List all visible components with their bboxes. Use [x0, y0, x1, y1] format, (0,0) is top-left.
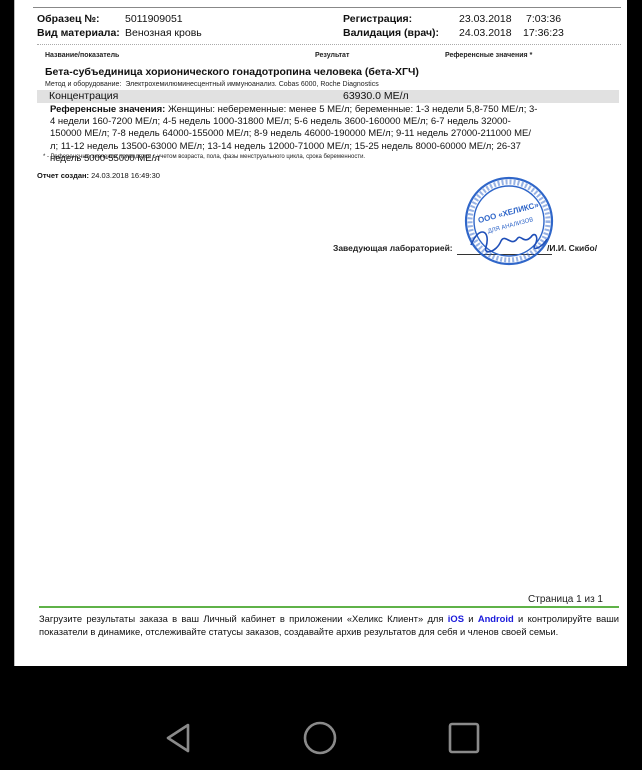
sample-value: 5011909051 — [125, 13, 183, 25]
signature-label: Заведующая лабораторией: — [333, 243, 453, 253]
promo-and: и — [464, 613, 478, 624]
document-page: Образец №: 5011909051 Вид материала: Вен… — [14, 0, 627, 666]
dotted-divider — [37, 44, 621, 45]
recents-icon[interactable] — [446, 720, 482, 756]
created-value: 24.03.2018 16:49:30 — [91, 171, 160, 180]
reference-label: Референсные значения: — [50, 104, 165, 115]
validation-date: 24.03.2018 — [459, 27, 512, 39]
home-icon[interactable] — [302, 720, 338, 756]
validation-time: 17:36:23 — [523, 27, 564, 39]
android-navigation-bar — [0, 700, 642, 770]
method-label: Метод и оборудование: — [45, 81, 121, 88]
method-line: Метод и оборудование:Электрохемилюминесц… — [45, 81, 379, 88]
validation-label: Валидация (врач): — [343, 27, 439, 39]
column-header-result: Результат — [315, 52, 349, 59]
registration-date: 23.03.2018 — [459, 13, 512, 25]
promo-text: Загрузите результаты заказа в ваш Личный… — [39, 612, 619, 638]
ios-link[interactable]: iOS — [448, 613, 464, 624]
footnote: * - Референсные значения приводятся с уч… — [43, 154, 365, 160]
green-divider — [39, 606, 619, 608]
registration-time: 7:03:36 — [526, 13, 561, 25]
test-title: Бета-субъединица хорионического гонадотр… — [45, 66, 419, 78]
result-row: Концентрация 63930.0 МЕ/л — [37, 90, 619, 103]
back-icon[interactable] — [160, 720, 196, 756]
page-indicator: Страница 1 из 1 — [528, 594, 603, 605]
material-value: Венозная кровь — [125, 27, 202, 39]
column-header-name: Название/показатель — [45, 52, 119, 59]
android-link[interactable]: Android — [478, 613, 514, 624]
stamp-icon: ООО «ХЕЛИКС» ДЛЯ АНАЛИЗОВ — [461, 175, 557, 271]
sample-label: Образец №: — [37, 13, 100, 25]
registration-label: Регистрация: — [343, 13, 412, 25]
parameter-name: Концентрация — [49, 90, 118, 103]
column-header-reference: Референсные значения * — [445, 52, 532, 59]
report-created: Отчет создан: 24.03.2018 16:49:30 — [37, 171, 160, 180]
promo-before: Загрузите результаты заказа в ваш Личный… — [39, 613, 448, 624]
top-rule — [33, 7, 621, 8]
created-label: Отчет создан: — [37, 171, 89, 180]
method-value: Электрохемилюминесцентный иммуноанализ. … — [125, 81, 378, 88]
result-value: 63930.0 МЕ/л — [343, 90, 409, 103]
material-label: Вид материала: — [37, 27, 120, 39]
